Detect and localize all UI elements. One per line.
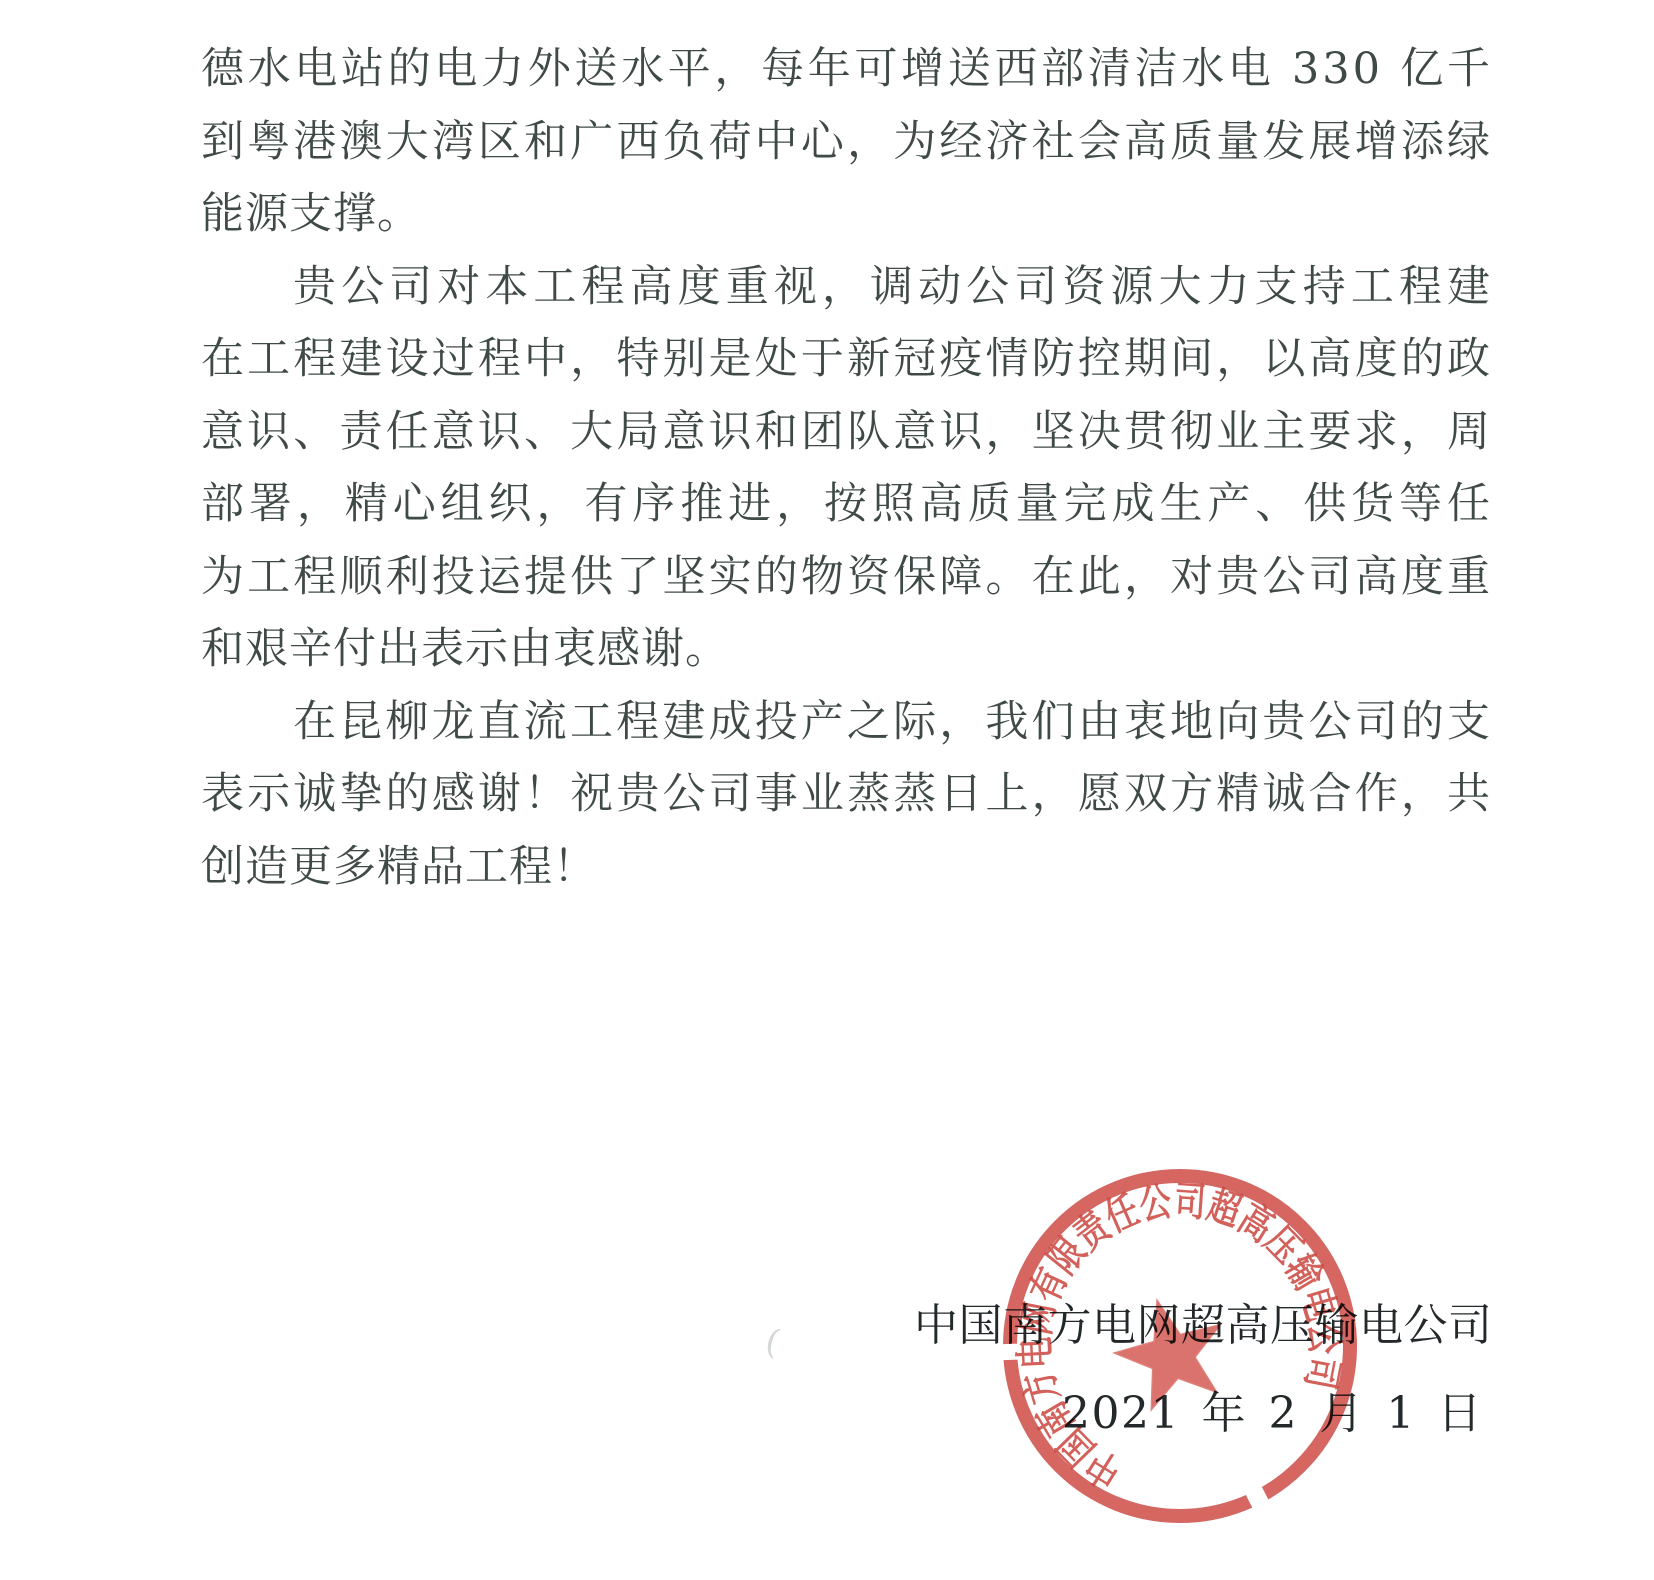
body-line: 能源支撑。	[201, 178, 1493, 251]
body-line: 到粤港澳大湾区和广西负荷中心，为经济社会高质量发展增添绿色	[201, 106, 1493, 179]
letter-page: 德水电站的电力外送水平，每年可增送西部清洁水电 330 亿千瓦时 到粤港澳大湾区…	[0, 0, 1654, 1580]
scan-smudge: (	[761, 1321, 784, 1363]
body-line: 贵公司对本工程高度重视，调动公司资源大力支持工程建设。	[201, 251, 1493, 324]
body-line: 在工程建设过程中，特别是处于新冠疫情防控期间，以高度的政治	[201, 323, 1493, 396]
body-line: 意识、责任意识、大局意识和团队意识，坚决贯彻业主要求，周密	[201, 396, 1493, 469]
body-line: 为工程顺利投运提供了坚实的物资保障。在此，对贵公司高度重视	[201, 541, 1493, 614]
body-line: 表示诚挚的感谢！祝贵公司事业蒸蒸日上，愿双方精诚合作，共同	[201, 758, 1493, 831]
body-line: 创造更多精品工程！	[201, 831, 1493, 904]
body-line: 部署，精心组织，有序推进，按照高质量完成生产、供货等任务，	[201, 468, 1493, 541]
signature-date: 2021 年 2 月 1 日	[1062, 1377, 1483, 1441]
letter-body: 德水电站的电力外送水平，每年可增送西部清洁水电 330 亿千瓦时 到粤港澳大湾区…	[201, 33, 1493, 903]
body-line: 和艰辛付出表示由衷感谢。	[201, 613, 1493, 686]
signature-company: 中国南方电网超高压输电公司	[914, 1289, 1493, 1353]
body-line: 德水电站的电力外送水平，每年可增送西部清洁水电 330 亿千瓦时	[201, 33, 1493, 106]
body-line: 在昆柳龙直流工程建成投产之际，我们由衷地向贵公司的支持	[201, 686, 1493, 759]
